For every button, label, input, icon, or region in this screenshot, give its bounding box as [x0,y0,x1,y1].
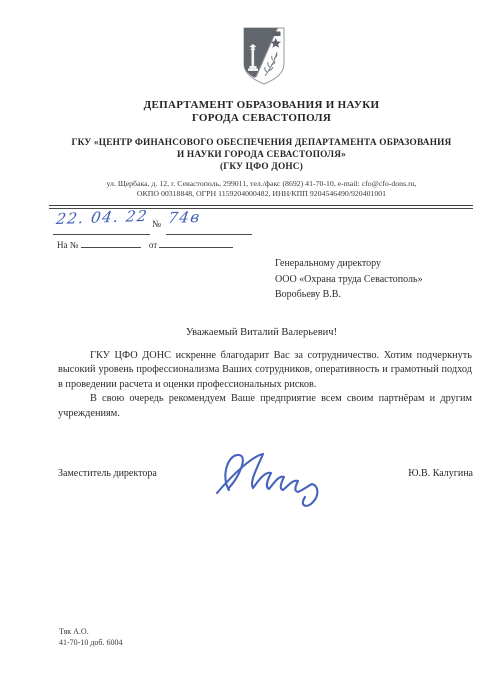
executor-block: Тяк А.О. 41-70-10 доб. 6004 [59,626,122,648]
org-address: ул. Щербака, д. 12, г. Севастополь, 2990… [50,179,473,199]
recipient-name: Воробьеву В.В. [275,287,423,303]
sub-org-line1: ГКУ «ЦЕНТР ФИНАНСОВОГО ОБЕСПЕЧЕНИЯ ДЕПАР… [50,137,473,149]
reply-no-blank [81,238,141,248]
executor-name: Тяк А.О. [59,626,122,637]
reply-no-label: На № [57,240,78,250]
org-title-line1: ДЕПАРТАМЕНТ ОБРАЗОВАНИЯ И НАУКИ [50,99,473,112]
recipient-company: ООО «Охрана труда Севастополь» [275,272,423,288]
sub-org-line2: И НАУКИ ГОРОДА СЕВАСТОПОЛЯ» [50,149,473,161]
reply-reference-row: На № от [57,238,233,250]
reply-from-blank [159,238,233,248]
handwritten-signature-icon [213,444,331,508]
sub-org-title: ГКУ «ЦЕНТР ФИНАНСОВОГО ОБЕСПЕЧЕНИЯ ДЕПАР… [50,137,473,173]
sub-org-line3: (ГКУ ЦФО ДОНС) [50,161,473,173]
recipient-block: Генеральному директору ООО «Охрана труда… [275,256,423,303]
salutation: Уважаемый Виталий Валерьевич! [50,327,473,338]
signer-position: Заместитель директора [58,468,157,479]
address-line1: ул. Щербака, д. 12, г. Севастополь, 2990… [50,179,473,189]
date-blank-line [53,233,150,235]
executor-phone: 41-70-10 доб. 6004 [59,637,122,648]
handwritten-number: 74в [167,208,202,227]
handwritten-date: 22. 04. 22 [55,207,149,228]
reply-from-label: от [149,240,157,250]
letter-body: ГКУ ЦФО ДОНС искренне благодарит Вас за … [58,349,472,421]
recipient-position: Генеральному директору [275,256,423,272]
signer-name: Ю.В. Калугина [408,468,473,479]
org-title: ДЕПАРТАМЕНТ ОБРАЗОВАНИЯ И НАУКИ ГОРОДА С… [50,99,473,124]
sevastopol-coat-of-arms-icon [241,26,287,86]
number-blank-line [166,233,252,235]
body-paragraph-1: ГКУ ЦФО ДОНС искренне благодарит Вас за … [58,349,472,392]
number-sign: № [152,220,161,230]
body-paragraph-2: В свою очередь рекомендуем Ваше предприя… [58,392,472,421]
address-line2: ОКПО 00318848, ОГРН 1159204000482, ИНН/К… [50,189,473,199]
org-title-line2: ГОРОДА СЕВАСТОПОЛЯ [50,112,473,125]
